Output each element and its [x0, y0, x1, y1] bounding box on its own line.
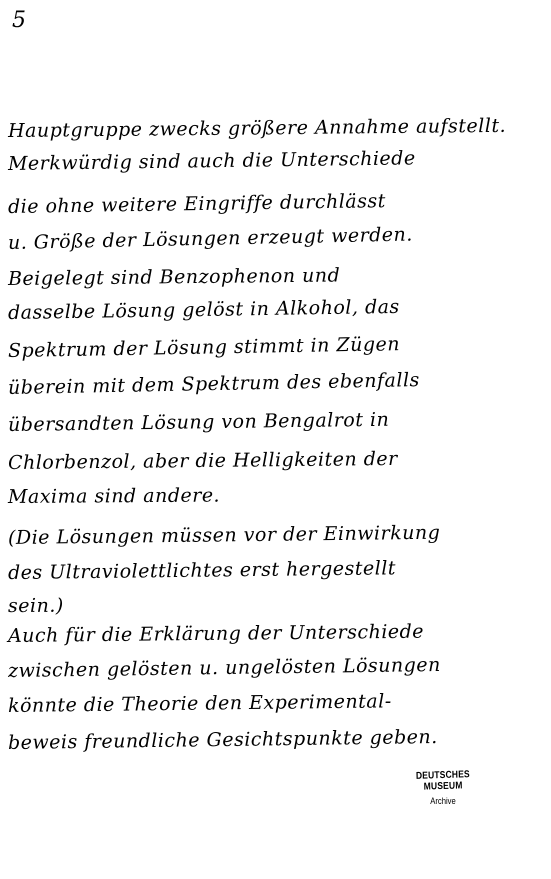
manuscript-page: 5 Hauptgruppe zwecks größere Annahme auf… [0, 0, 551, 879]
manuscript-line: sein.) [8, 592, 548, 617]
manuscript-line: des Ultraviolettlichtes erst hergestellt [8, 555, 548, 584]
manuscript-line: Hauptgruppe zwecks größere Annahme aufst… [8, 114, 548, 142]
manuscript-line: zwischen gelösten u. ungelösten Lösungen [8, 652, 548, 682]
stamp-title: DEUTSCHES MUSEUM [396, 769, 490, 794]
manuscript-line: könnte die Theorie den Experimental- [8, 688, 548, 717]
manuscript-line: Maxima sind andere. [8, 482, 548, 508]
manuscript-line: übersandten Lösung von Bengalrot in [8, 406, 548, 436]
manuscript-line: Auch für die Erklärung der Unterschiede [8, 619, 548, 647]
manuscript-line: überein mit dem Spektrum des ebenfalls [8, 367, 548, 399]
archive-stamp: DEUTSCHES MUSEUM Archive [388, 770, 498, 806]
manuscript-line: dasselbe Lösung gelöst in Alkohol, das [8, 294, 548, 324]
manuscript-line: Spektrum der Lösung stimmt in Zügen [8, 331, 548, 362]
manuscript-line: (Die Lösungen müssen vor der Einwirkung [8, 520, 548, 549]
handwritten-text-block: Hauptgruppe zwecks größere Annahme aufst… [0, 0, 551, 879]
manuscript-line: Beigelegt sind Benzophenon und [8, 262, 548, 290]
manuscript-line: Merkwürdig sind auch die Unterschiede [8, 145, 548, 175]
manuscript-line: Chlorbenzol, aber die Helligkeiten der [8, 446, 548, 474]
manuscript-line: beweis freundliche Gesichtspunkte geben. [8, 724, 548, 754]
stamp-subtitle: Archive [396, 796, 490, 806]
manuscript-line: die ohne weitere Eingriffe durchlässt [8, 188, 548, 218]
manuscript-line: u. Größe der Lösungen erzeugt werden. [8, 221, 548, 254]
